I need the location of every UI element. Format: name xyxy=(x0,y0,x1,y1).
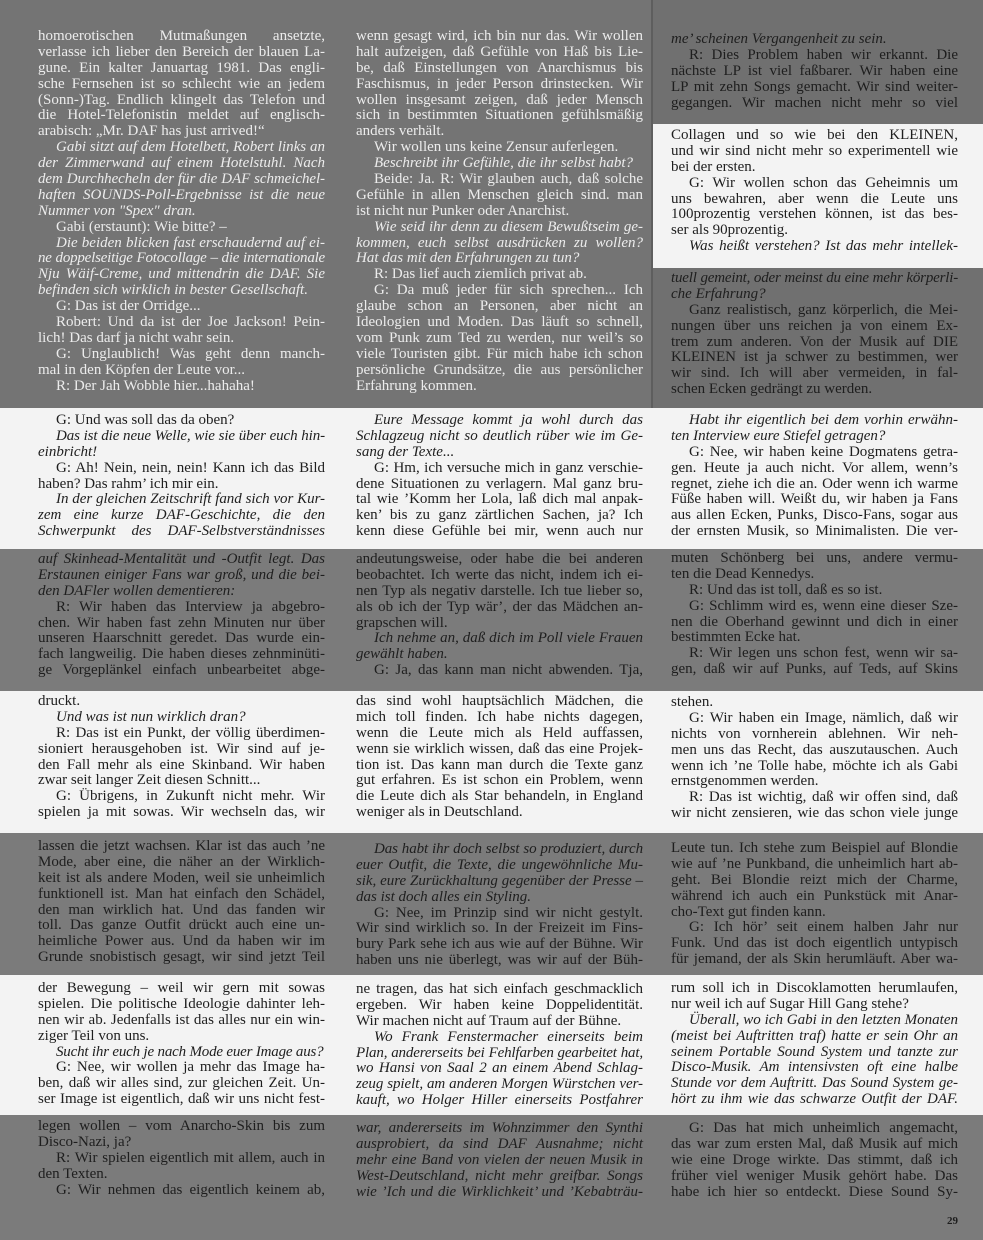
text-line: Faschismus, in jeder Person drinstecken.… xyxy=(356,77,643,93)
column-3-band-f-text: rum soll ich in Discoklamotten herumlauf… xyxy=(671,981,958,1108)
text-line: ergeben. Wir haben keine Doppelidentität… xyxy=(356,998,643,1014)
text-line: Beide: Ja. R: Wir glauben auch, daß solc… xyxy=(356,172,643,188)
italic-text-line: ausprobiert, da sind DAF Ausnahme; nicht xyxy=(356,1137,643,1153)
text-line: tal wie ’Komm her Lola, laß dich mal anp… xyxy=(356,492,643,508)
italic-text-line: kommen, euch selbst ausdrücken zu wollen… xyxy=(356,236,643,252)
text-line: ziger Teil von uns. xyxy=(38,1029,325,1045)
text-line: bei der ersten. xyxy=(671,160,958,176)
column-2-band-a-text: wenn gesagt wird, ich bin nur das. Wir w… xyxy=(356,29,643,394)
text-line: druckt. xyxy=(38,694,325,710)
column-divider xyxy=(651,0,653,408)
text-line: funktionell ist. Man hat einfach den Sch… xyxy=(38,887,325,903)
text-line: R: Das ist wichtig, daß wir offen sind, … xyxy=(671,790,958,806)
italic-text-line: West-Deutschland, nicht mehr greifbar. S… xyxy=(356,1169,643,1185)
italic-text-line: seinem Portable Sound System und tanzte … xyxy=(671,1045,958,1061)
text-line: tion ist. Das kann man durch die Texte g… xyxy=(356,758,643,774)
text-line: trem zum anderen. Von der Musik auf DIE xyxy=(671,335,958,351)
italic-text-line: Disco-Musik. Am intensivsten oft eine ha… xyxy=(671,1060,958,1076)
text-line: R: Und das ist toll, daß es so ist. xyxy=(671,583,958,599)
text-line: wir nicht zensieren, wie das schon viele… xyxy=(671,806,958,822)
italic-text-line: Erstaunen einiger Fans war groß, und die… xyxy=(38,568,325,584)
italic-text-line: Stunde vor dem Auftritt. Das Sound Syste… xyxy=(671,1076,958,1092)
text-line: persönliche Grundsätze, die aus persönli… xyxy=(356,363,643,379)
text-line: Erfahrung kommen. xyxy=(356,379,643,395)
text-line: kenn diese Gefühle bei mir, wenn auch nu… xyxy=(356,524,643,540)
text-line: vom Punk zum Ted zu werden, nur weil’s s… xyxy=(356,331,643,347)
text-line: viele Touristen gibt. Für mich habe ich … xyxy=(356,347,643,363)
italic-text-line: Wo Frank Fenstermacher einerseits beim xyxy=(356,1030,643,1046)
column-1-band-d-text: druckt.Und was ist nun wirklich dran?R: … xyxy=(38,694,325,821)
text-line: Wir wollen uns keine Zensur auferlegen. xyxy=(356,140,643,156)
column-2-band-c-text: andeutungsweise, oder habe die bei ander… xyxy=(356,552,643,679)
italic-text-line: Was heißt verstehen? Ist das mehr intell… xyxy=(671,239,958,255)
text-line: das sind wohl hauptsächlich Mädchen, die xyxy=(356,694,643,710)
column-2-band-d-text: das sind wohl hauptsächlich Mädchen, die… xyxy=(356,694,643,821)
text-line: gegangen. Wir machen nicht mehr so viel xyxy=(671,96,958,112)
italic-text-line: Das ist die neue Welle, wie sie über euc… xyxy=(38,429,325,445)
italic-text-line: sik, eure Zurückhaltung gegenüber der Pr… xyxy=(356,874,643,890)
text-line: arabisch: „Mr. DAF has just arrived!“ xyxy=(38,124,325,140)
column-1: homoerotischen Mutmaßungen ansetzte,verl… xyxy=(38,0,325,1240)
text-line: während ich auch ein Punkstück mit Anar- xyxy=(671,889,958,905)
italic-text-line: Gabi sitzt auf dem Hotelbett, Robert lin… xyxy=(38,140,325,156)
text-line: haben? Das rahm’ ich mir ein. xyxy=(38,477,325,493)
text-line: ten die Dead Kennedys. xyxy=(671,567,958,583)
text-line: nichts von vornherein ablehnen. Wir neh- xyxy=(671,727,958,743)
text-line: den man wirklich hat. Und das fanden wir xyxy=(38,903,325,919)
text-line: Funk. Und das ist doch eigentlich untypi… xyxy=(671,936,958,952)
text-line: geht. Bei Blondie reizt mich der Charme, xyxy=(671,873,958,889)
text-line: G: Wir wollen schon das Geheimnis um xyxy=(671,176,958,192)
text-line: rum soll ich in Discoklamotten herumlauf… xyxy=(671,981,958,997)
text-line: sioniert herausgehoben ist. Wir sind auf… xyxy=(38,742,325,758)
text-line: cho-Text gut finden kann. xyxy=(671,905,958,921)
text-line: ernstgenommen werden. xyxy=(671,774,958,790)
column-3-band-e-text: Leute tun. Ich stehe zum Beispiel auf Bl… xyxy=(671,841,958,968)
column-1-band-b-text: G: Und was soll das da oben?Das ist die … xyxy=(38,413,325,540)
column-2-band-e-text: Das habt ihr doch selbst so produziert, … xyxy=(356,842,643,969)
text-line: als ob ich der Typ wär’, der das Mädchen… xyxy=(356,600,643,616)
text-line: KLEINEN ist ja schwer zu bestimmen, wer xyxy=(671,350,958,366)
text-line: Disco-Nazi, ja? xyxy=(38,1135,325,1151)
text-line: mich toll finden. Ich habe nichts dagege… xyxy=(356,710,643,726)
text-line: G: Ah! Nein, nein, nein! Kann ich das Bi… xyxy=(38,461,325,477)
text-line: R: Der Jah Wobble hier...hahaha! xyxy=(38,379,325,395)
italic-text-line: zeug spielt, am anderen Morgen Würstchen… xyxy=(356,1077,643,1093)
italic-text-line: ten Interview eure Stiefel getragen? xyxy=(671,429,958,445)
text-line: G: Wir haben ein Image, nämlich, daß wir xyxy=(671,711,958,727)
text-line: dene Situationen zu verlagern. Mal ganz … xyxy=(356,477,643,493)
text-line: wie eine Droge wirkte. Das stimmt, daß i… xyxy=(671,1153,958,1169)
italic-text-line: In der gleichen Zeitschrift fand sich vo… xyxy=(38,492,325,508)
text-line: 100prozentig verstehen können, ist das b… xyxy=(671,207,958,223)
italic-text-line: me’ scheinen Vergangenheit zu sein. xyxy=(671,32,958,48)
text-line: zwar seit langer Zeit diesen Schnitt... xyxy=(38,773,325,789)
text-line: homoerotischen Mutmaßungen ansetzte, xyxy=(38,29,325,45)
text-line: gen. Heute ja auch nicht. Vor allem, wen… xyxy=(671,461,958,477)
italic-text-line: Ich nehme an, daß dich im Poll viele Fra… xyxy=(356,631,643,647)
column-1-band-g-text: legen wollen – vom Anarcho-Skin bis zumD… xyxy=(38,1119,325,1198)
text-line: regnet, ziehe ich die an. Oder wenn ich … xyxy=(671,477,958,493)
text-line: wollen insgesamt zeigen, daß jeder Mensc… xyxy=(356,93,643,109)
text-line: legen wollen – vom Anarcho-Skin bis zum xyxy=(38,1119,325,1135)
column-1-band-f-text: der Bewegung – weil wir gern mit sowassp… xyxy=(38,981,325,1108)
text-line: wenn gesagt wird, ich bin nur das. Wir w… xyxy=(356,29,643,45)
text-line: G: Das ist der Orridge... xyxy=(38,299,325,315)
text-line: nen Typ als negativ darstelle. Ich tue l… xyxy=(356,584,643,600)
italic-text-line: (meist bei Auftritten traf) hatte er sei… xyxy=(671,1029,958,1045)
italic-text-line: wo Hansi von Saal 2 an einem Abend Schla… xyxy=(356,1061,643,1077)
text-line: das war zum ersten Mal, daß Musik auf mi… xyxy=(671,1137,958,1153)
text-line: stehen. xyxy=(671,695,958,711)
italic-text-line: war, andererseits im Wohnzimmer den Synt… xyxy=(356,1121,643,1137)
italic-text-line: Schwerpunkt des DAF-Selbstverständnisses xyxy=(38,524,325,540)
text-line: ser als 90prozentig. xyxy=(671,223,958,239)
text-line: uns bewahren, aber wenn die Leute uns xyxy=(671,192,958,208)
italic-text-line: euer Outfit, die Texte, die ungewöhnlich… xyxy=(356,858,643,874)
text-line: mal in den Köpfen der Leute vor... xyxy=(38,363,325,379)
text-line: der ernsten Musik, so Minimalisten. Die … xyxy=(671,524,958,540)
text-line: für jemand, der als Skin herumläuft. Abe… xyxy=(671,952,958,968)
text-line: R: Das lief auch ziemlich privat ab. xyxy=(356,267,643,283)
italic-text-line: Die beiden blicken fast erschaudernd auf… xyxy=(38,236,325,252)
text-line: G: Übrigens, in Zukunft nicht mehr. Wir xyxy=(38,789,325,805)
text-line: be, daß Einstellungen von Anarchismus bi… xyxy=(356,61,643,77)
italic-text-line: Schlagzeug nicht so deutlich rüber wie i… xyxy=(356,429,643,445)
text-line: Robert: Und da ist der Joe Jackson! Pein… xyxy=(38,315,325,331)
text-line: heimliche Power aus. Und da haben wir im xyxy=(38,934,325,950)
text-line: wie auf ’ne Punkband, die unheimlich har… xyxy=(671,857,958,873)
text-line: weniger als in Deutschland. xyxy=(356,805,643,821)
italic-text-line: auf Skinhead-Mentalität und -Outfit legt… xyxy=(38,552,325,568)
text-line: nen die Oberhand gewinnt und dich in ein… xyxy=(671,615,958,631)
text-line: Füße haben will. Weißt du, wir haben ja … xyxy=(671,492,958,508)
text-line: G: Hm, ich versuche mich in ganz verschi… xyxy=(356,461,643,477)
column-1-band-c-text: auf Skinhead-Mentalität und -Outfit legt… xyxy=(38,552,325,679)
italic-text-line: Beschreibt ihr Gefühle, die ihr selbst h… xyxy=(356,156,643,172)
text-line: Wir sind wirklich so. In der Freizeit im… xyxy=(356,921,643,937)
text-line: ist nicht nur Punker oder Anarchist. xyxy=(356,204,643,220)
italic-text-line: gewählt haben. xyxy=(356,647,643,663)
text-line: nungen über uns reichen ja von einem Ex- xyxy=(671,319,958,335)
column-3-band-c-text: muten Schönberg bei uns, andere vermu-te… xyxy=(671,551,958,678)
column-3-band-b-text: Habt ihr eigentlich bei dem vorhin erwäh… xyxy=(671,413,958,540)
text-line: den Texten. xyxy=(38,1167,325,1183)
column-1-band-e-text: lassen die jetzt wachsen. Klar ist das a… xyxy=(38,839,325,966)
italic-text-line: Wie seid ihr denn zu diesem Bewußtseim g… xyxy=(356,220,643,236)
italic-text-line: Sucht ihr euch je nach Mode euer Image a… xyxy=(38,1045,325,1061)
text-line: anders verhält. xyxy=(356,124,643,140)
column-2-band-g-text: war, andererseits im Wohnzimmer den Synt… xyxy=(356,1121,643,1200)
text-line: nächste LP ist viel faßbarer. Wir haben … xyxy=(671,64,958,80)
text-line: Collagen und so wie bei den KLEINEN, xyxy=(671,128,958,144)
italic-text-line: Nummer von "Spex" dran. xyxy=(38,204,325,220)
text-line: unseren Haarschnitt geredet. Das wurde e… xyxy=(38,631,325,647)
text-line: ben, daß wir alles sind, zur gleichen Ze… xyxy=(38,1076,325,1092)
text-line: Ganz realistisch, ganz körperlich, die M… xyxy=(671,303,958,319)
italic-text-line: wie ’Ich und die Wirklichkeit’ und ’Keba… xyxy=(356,1185,643,1201)
text-line: halt aufzeigen, daß Gefühle von Haß bis … xyxy=(356,45,643,61)
italic-text-line: Nju Wäif-Creme, und mittendrin die DAF. … xyxy=(38,267,325,283)
text-line: wenn sie wirklich wissen, daß das eine P… xyxy=(356,742,643,758)
text-line: und wir sind nicht mehr so experimentell… xyxy=(671,144,958,160)
italic-text-line: ne doppelseitige Fotocollage – die inter… xyxy=(38,251,325,267)
italic-text-line: Und was ist nun wirklich dran? xyxy=(38,710,325,726)
text-line: G: Unglaublich! Was geht denn manch- xyxy=(38,347,325,363)
italic-text-line: Hat das mit den Erfahrungen zu tun? xyxy=(356,251,643,267)
text-line: R: Wir legen uns schon fest, wenn wir sa… xyxy=(671,646,958,662)
column-3-band-a2-text: Collagen und so wie bei den KLEINEN,und … xyxy=(671,128,958,255)
text-line: aus allen Ecken, Punks, Disco-Fans, soga… xyxy=(671,508,958,524)
text-line: R: Wir haben das Interview ja abgebro- xyxy=(38,600,325,616)
text-line: glaube schon an Personen, aber nicht an xyxy=(356,299,643,315)
italic-text-line: Das habt ihr doch selbst so produziert, … xyxy=(356,842,643,858)
text-line: sche Fernsehen ist so schlecht wie an je… xyxy=(38,77,325,93)
text-line: chen. Wir haben fast zehn Minuten nur üb… xyxy=(38,616,325,632)
text-line: die Leute dich als Star behandeln, in En… xyxy=(356,789,643,805)
text-line: G: Schlimm wird es, wenn eine dieser Sze… xyxy=(671,599,958,615)
text-line: G: Ja, das kann man nicht abwenden. Tja, xyxy=(356,663,643,679)
text-line: gune. Ein kalter Januartag 1981. Das eng… xyxy=(38,61,325,77)
text-line: Grunde snobistisch gesagt, wir sind jetz… xyxy=(38,950,325,966)
text-line: Gabi (erstaunt): Wie bitte? – xyxy=(38,220,325,236)
text-line: beobachtet. Ich werte das nicht, indem i… xyxy=(356,568,643,584)
column-2-band-b-text: Eure Message kommt ja wohl durch dasSchl… xyxy=(356,413,643,540)
italic-text-line: mehr eine Band von vielen der neuen Musi… xyxy=(356,1153,643,1169)
text-line: wenn die Leute mich als Held auffassen, xyxy=(356,726,643,742)
text-line: gen, daß wir auf Punks, auf Teds, auf Sk… xyxy=(671,662,958,678)
text-line: LP mit zehn Songs gemacht. Wir sind weit… xyxy=(671,80,958,96)
column-2-band-f-text: ne tragen, das hat sich einfach geschmac… xyxy=(356,982,643,1109)
column-3: me’ scheinen Vergangenheit zu sein.R: Di… xyxy=(671,0,958,1240)
text-line: bestimmten Ecke hat. xyxy=(671,630,958,646)
text-line: ge Vorgeplänkel einfach unbearbeitet abg… xyxy=(38,663,325,679)
text-line: (Sonn-)Tag. Endlich klingelt das Telefon… xyxy=(38,93,325,109)
text-line: gut erfahren. Es ist schon ein Problem, … xyxy=(356,773,643,789)
text-line: ser Image ist eigentlich, daß wir uns ni… xyxy=(38,1092,325,1108)
text-line: spielen. Die politische Ideologie dahint… xyxy=(38,997,325,1013)
text-line: nur weil ich auf Sugar Hill Gang stehe? xyxy=(671,997,958,1013)
italic-text-line: Überall, wo ich Gabi in den letzten Mona… xyxy=(671,1013,958,1029)
text-line: Ideologien und Moden. Das läuft so schne… xyxy=(356,315,643,331)
column-2: wenn gesagt wird, ich bin nur das. Wir w… xyxy=(356,0,643,1240)
text-line: R: Dies Problem haben wir erkannt. Die xyxy=(671,48,958,64)
text-line: wenn ich ’ne Tolle habe, möchte ich als … xyxy=(671,759,958,775)
text-line: verlasse ich lieber den Bereich der blau… xyxy=(38,45,325,61)
magazine-page: homoerotischen Mutmaßungen ansetzte,verl… xyxy=(0,0,983,1240)
text-line: men uns das Recht, das auszutauschen. Au… xyxy=(671,743,958,759)
text-line: G: Das hat mich unheimlich angemacht, xyxy=(671,1121,958,1137)
text-line: Leute tun. Ich stehe zum Beispiel auf Bl… xyxy=(671,841,958,857)
text-line: lassen die jetzt wachsen. Klar ist das a… xyxy=(38,839,325,855)
italic-text-line: kauft, wo Holger Hiller einerseits Postf… xyxy=(356,1093,643,1109)
text-line: Wir machen nicht auf Traum auf der Bühne… xyxy=(356,1014,643,1030)
column-3-band-a3-text: tuell gemeint, oder meinst du eine mehr … xyxy=(671,271,958,398)
text-line: R: Das ist ein Punkt, der völlig überdim… xyxy=(38,726,325,742)
text-line: G: Nee, wir haben keine Dogmatens getra- xyxy=(671,445,958,461)
text-line: andeutungsweise, oder habe die bei ander… xyxy=(356,552,643,568)
italic-text-line: sang der Texte... xyxy=(356,445,643,461)
italic-text-line: das ist doch alles ein Styling. xyxy=(356,890,643,906)
text-line: schen Ecken gedrängt zu werden. xyxy=(671,382,958,398)
text-line: haben uns nie überlegt, was wir auf der … xyxy=(356,953,643,969)
italic-text-line: befinden sich wirklich in bester Gesells… xyxy=(38,283,325,299)
text-line: G: Wir nehmen das eigentlich keinem ab, xyxy=(38,1183,325,1199)
italic-text-line: Habt ihr eigentlich bei dem vorhin erwäh… xyxy=(671,413,958,429)
text-line: bury Park sehe ich aus wie auf der Bühne… xyxy=(356,937,643,953)
italic-text-line: tuell gemeint, oder meinst du eine mehr … xyxy=(671,271,958,287)
italic-text-line: den DAFler wollen dementieren: xyxy=(38,584,325,600)
text-line: ken’ bis zu ganz zärtlichen Sachen, ja? … xyxy=(356,508,643,524)
italic-text-line: der Zimmerwand auf einem Hotelstuhl. Nac… xyxy=(38,156,325,172)
text-line: wir sind. Ich will aber vermeiden, in fa… xyxy=(671,366,958,382)
text-line: Gefühle in allen Menschen gleich sind. m… xyxy=(356,188,643,204)
text-line: lich! Das darf ja nicht wahr sein. xyxy=(38,331,325,347)
text-line: sich in bestimmten Situationen gefühlsmä… xyxy=(356,108,643,124)
text-line: G: Da muß jeder für sich sprechen... Ich xyxy=(356,283,643,299)
text-line: ne tragen, das hat sich einfach geschmac… xyxy=(356,982,643,998)
italic-text-line: haften SOUNDS-Poll-Ergebnisse ist die ne… xyxy=(38,188,325,204)
text-line: keit ist als andere Moden, weil sie unhe… xyxy=(38,871,325,887)
text-line: nen wir ab. Jedenfalls ist das alles nur… xyxy=(38,1013,325,1029)
text-line: fach langweilig. Die haben dieses zehnmi… xyxy=(38,647,325,663)
italic-text-line: hört zu ihm wie das schwarze Outfit der … xyxy=(671,1092,958,1108)
italic-text-line: che Erfahrung? xyxy=(671,287,958,303)
italic-text-line: einbricht! xyxy=(38,445,325,461)
italic-text-line: Eure Message kommt ja wohl durch das xyxy=(356,413,643,429)
text-line: die Hotel-Telefonistin meldet auf englis… xyxy=(38,108,325,124)
column-3-band-g-text: G: Das hat mich unheimlich angemacht,das… xyxy=(671,1121,958,1200)
text-line: G: Nee, im Prinzip sind wir nicht gestyl… xyxy=(356,906,643,922)
text-line: R: Wir spielen eigentlich mit allem, auc… xyxy=(38,1151,325,1167)
italic-text-line: Plan, andererseits bei Fehlfarben gearbe… xyxy=(356,1046,643,1062)
column-3-band-a1-text: me’ scheinen Vergangenheit zu sein.R: Di… xyxy=(671,32,958,111)
page-number: 29 xyxy=(930,1215,958,1227)
text-line: G: Nee, wir wollen ja mehr das Image ha- xyxy=(38,1060,325,1076)
text-line: grapschen will. xyxy=(356,616,643,632)
text-line: spielen ja mit sowas. Wir wechseln das, … xyxy=(38,805,325,821)
text-line: der Bewegung – weil wir gern mit sowas xyxy=(38,981,325,997)
text-line: G: Und was soll das da oben? xyxy=(38,413,325,429)
text-line: G: Ich hör’ seit einem halben Jahr nur xyxy=(671,920,958,936)
italic-text-line: dem Durchhecheln der für die DAF schmeic… xyxy=(38,172,325,188)
text-line: toll. Das ganze Outfit drückt auch eine … xyxy=(38,918,325,934)
column-1-band-a-text: homoerotischen Mutmaßungen ansetzte,verl… xyxy=(38,29,325,394)
text-line: früher viel weniger Musik gehört habe. D… xyxy=(671,1169,958,1185)
text-line: muten Schönberg bei uns, andere vermu- xyxy=(671,551,958,567)
text-line: Mode, aber eine, die näher an der Wirkli… xyxy=(38,855,325,871)
text-line: den Fall mehr als eine Skinband. Wir hab… xyxy=(38,758,325,774)
column-3-band-d-text: stehen.G: Wir haben ein Image, nämlich, … xyxy=(671,695,958,822)
text-line: habe ich hier so entdeckt. Diese Sound S… xyxy=(671,1185,958,1201)
italic-text-line: zem eine kurze DAF-Geschichte, die den xyxy=(38,508,325,524)
